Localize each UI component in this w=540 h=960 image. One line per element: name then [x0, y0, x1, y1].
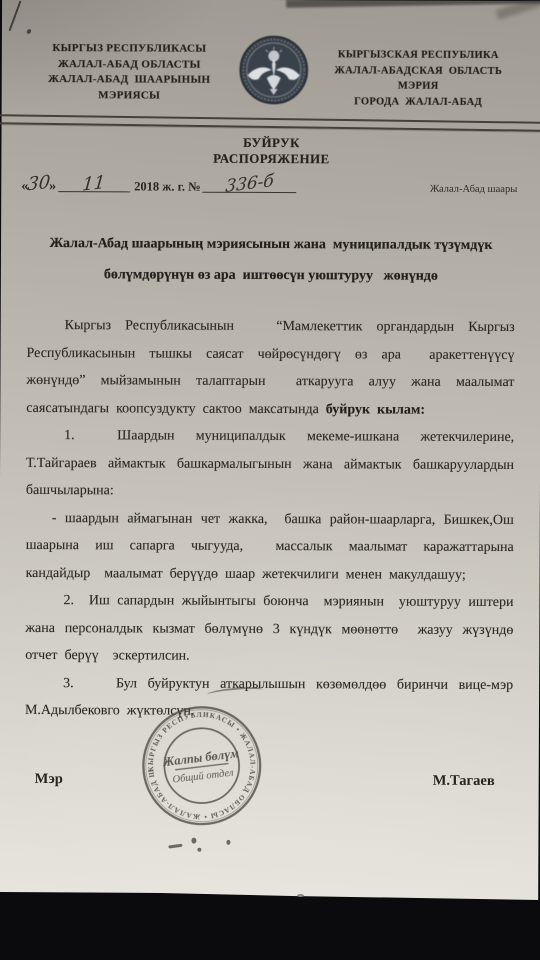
order-title: Жалал-Абад шаарының мэриясынын жана муни… [1, 228, 540, 292]
order-intro: Кыргыз Республикасынын “Мамлекеттик орга… [26, 312, 514, 424]
close-quote: » [49, 179, 56, 194]
order-intro-text: Кыргыз Республикасынын “Мамлекеттик орга… [26, 318, 514, 417]
order-item-2: 2. Иш сапардын жыйынтыгы боюнча мэриянын… [25, 587, 513, 672]
stamp-center-line1: Жалпы бөлүм [161, 746, 240, 769]
month-handwritten: 11 [82, 172, 107, 196]
date-number-row: «30»112018 ж. г. №336-б Жалал-Абад шаары [21, 170, 517, 202]
order-item-dash: - шаардын аймагынан чет жакка, башка рай… [26, 504, 514, 589]
mayor-name: М.Тагаев [433, 772, 495, 789]
org-name-russian: КЫРГЫЗСКАЯ РЕСПУБЛИКА ЖАЛАЛ-АБАДСКАЯ ОБЛ… [311, 38, 526, 110]
day-handwritten: 30 [26, 171, 51, 195]
paper-edge-speck [297, 894, 304, 897]
order-title-line1: Жалал-Абад шаарының мэриясынын жана муни… [1, 228, 540, 261]
org-name-russian-line: КЫРГЫЗСКАЯ РЕСПУБЛИКА [311, 47, 526, 63]
order-item-1: 1. Шаардын муниципалдык мекеме-ишкана же… [26, 422, 514, 507]
issue-place: Жалал-Абад шаары [430, 184, 517, 195]
table-background [0, 890, 540, 960]
doc-type-russian: РАСПОРЯЖЕНИЕ [1, 149, 540, 167]
org-name-kyrgyz: КЫРГЫЗ РЕСПУБЛИКАСЫ ЖАЛАЛ-АБАД ОБЛАСТЫ Ж… [22, 37, 237, 104]
ink-dot [226, 840, 230, 845]
org-name-russian-line: ЖАЛАЛ-АБАДСКАЯ ОБЛАСТЬ [311, 63, 526, 79]
org-name-kyrgyz-line: МЭРИЯСЫ [22, 87, 237, 103]
order-item-3: 3. Бул буйруктун аткарылышын көзөмөлдөө … [25, 669, 513, 726]
doc-number-handwritten: 336-б [225, 171, 275, 197]
order-body: Кыргыз Республикасынын “Мамлекеттик орга… [25, 312, 515, 727]
ink-dot [197, 848, 201, 852]
stamp-center-line2: Общий отдел [172, 767, 235, 785]
org-name-kyrgyz-line: ЖАЛАЛ-АБАД ШААРЫНЫН [22, 72, 237, 88]
coat-of-arms-icon [237, 32, 311, 108]
year-number-label: 2018 ж. г. № [134, 179, 201, 193]
office-stamp: КЫРГЫЗ РЕСПУБЛИКАСЫ • ЖАЛАЛ-АБАД ОБЛАСЫ … [127, 690, 276, 841]
org-name-russian-line: ГОРОДА ЖАЛАЛ-АБАД [311, 94, 526, 110]
order-title-line2: бөлүмдөрүнүн өз ара иштөөсүн уюштуруу жө… [1, 259, 540, 292]
paper-sheet: КЫРГЫЗ РЕСПУБЛИКАСЫ ЖАЛАЛ-АБАД ОБЛАСТЫ Ж… [0, 0, 540, 960]
org-name-kyrgyz-line: ЖАЛАЛ-АБАД ОБЛАСТЫ [22, 56, 237, 72]
letterhead-divider [0, 114, 540, 132]
mayor-title: Мэр [35, 770, 63, 787]
ink-smear [168, 844, 182, 849]
org-name-kyrgyz-line: КЫРГЫЗ РЕСПУБЛИКАСЫ [22, 41, 237, 57]
document-photo: КЫРГЫЗ РЕСПУБЛИКАСЫ ЖАЛАЛ-АБАД ОБЛАСТЫ Ж… [0, 0, 540, 960]
order-intro-bold: буйрук кылам: [326, 402, 425, 417]
ink-dot [191, 838, 196, 844]
letterhead: КЫРГЫЗ РЕСПУБЛИКАСЫ ЖАЛАЛ-АБАД ОБЛАСТЫ Ж… [2, 0, 540, 110]
org-name-russian-line: МЭРИЯ [311, 78, 526, 94]
